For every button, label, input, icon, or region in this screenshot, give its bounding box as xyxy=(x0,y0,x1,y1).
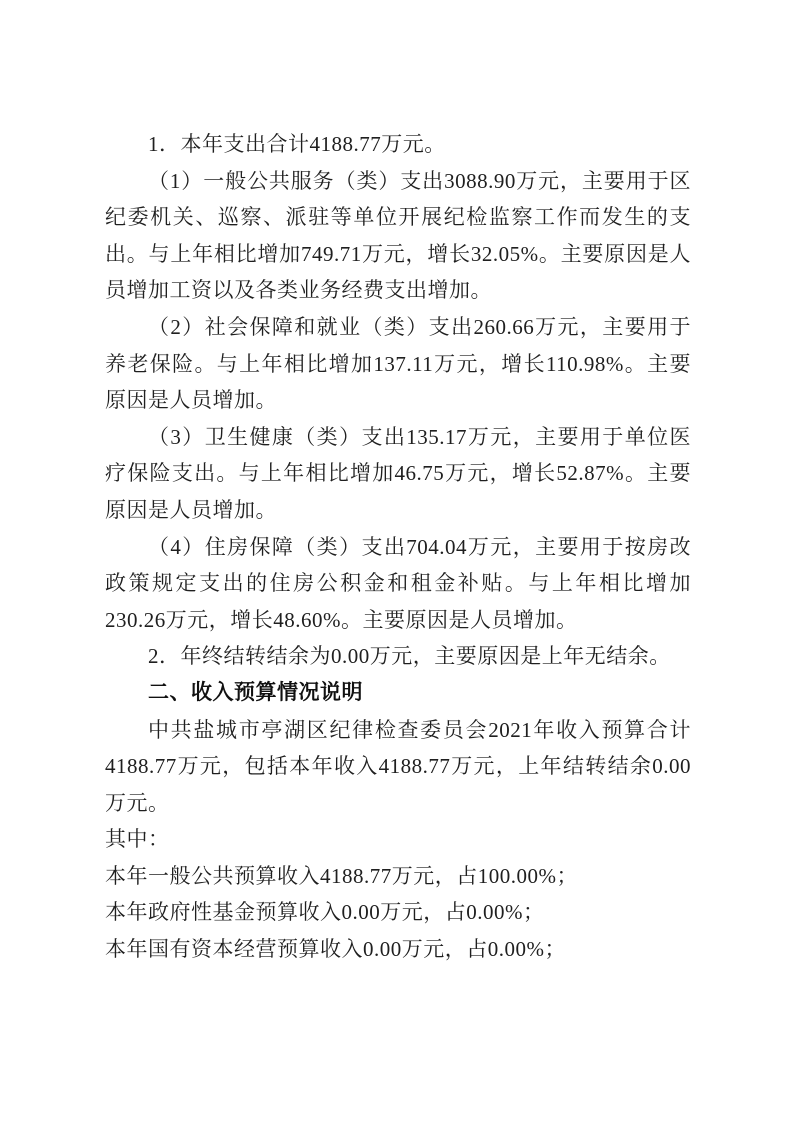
paragraph: 本年政府性基金预算收入0.00万元，占0.00%； xyxy=(105,894,691,931)
document-page: 1．本年支出合计4188.77万元。（1）一般公共服务（类）支出3088.90万… xyxy=(0,0,794,1123)
paragraph: （1）一般公共服务（类）支出3088.90万元，主要用于区纪委机关、巡察、派驻等… xyxy=(105,163,691,309)
paragraph: （4）住房保障（类）支出704.04万元，主要用于按房改政策规定支出的住房公积金… xyxy=(105,529,691,639)
paragraph: 2．年终结转结余为0.00万元，主要原因是上年无结余。 xyxy=(105,638,691,675)
paragraph: 本年一般公共预算收入4188.77万元，占100.00%； xyxy=(105,858,691,895)
paragraph: 本年国有资本经营预算收入0.00万元，占0.00%； xyxy=(105,931,691,968)
paragraph: （2）社会保障和就业（类）支出260.66万元，主要用于养老保险。与上年相比增加… xyxy=(105,309,691,419)
paragraph: 其中： xyxy=(105,821,691,858)
paragraph: 1．本年支出合计4188.77万元。 xyxy=(105,126,691,163)
section-heading: 二、收入预算情况说明 xyxy=(105,675,691,712)
paragraph: 中共盐城市亭湖区纪律检查委员会2021年收入预算合计4188.77万元，包括本年… xyxy=(105,712,691,822)
paragraph: （3）卫生健康（类）支出135.17万元，主要用于单位医疗保险支出。与上年相比增… xyxy=(105,419,691,529)
document-content: 1．本年支出合计4188.77万元。（1）一般公共服务（类）支出3088.90万… xyxy=(105,126,691,968)
